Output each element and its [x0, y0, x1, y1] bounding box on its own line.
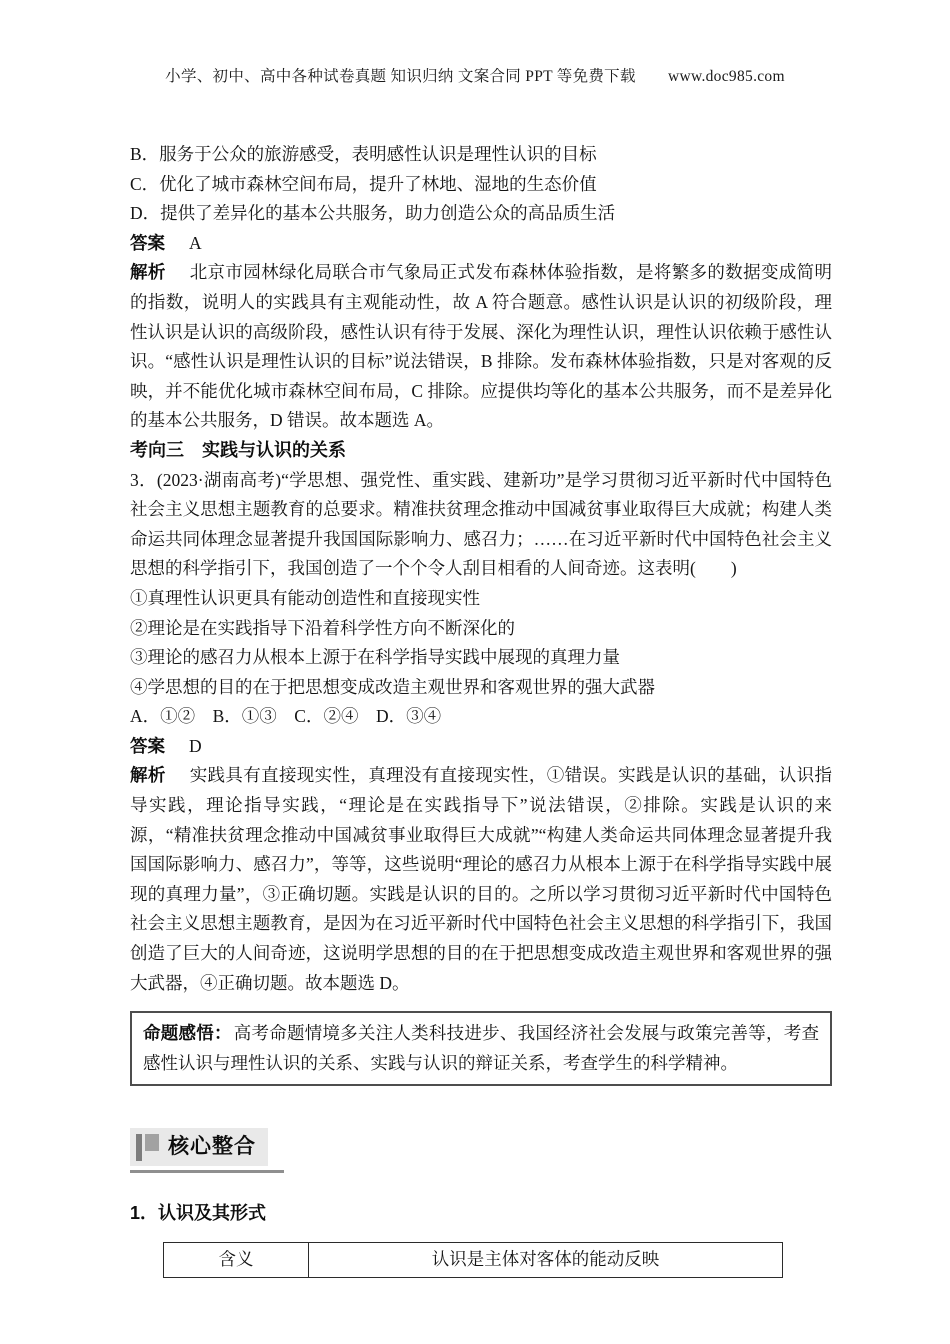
- core-subheading: 1．认识及其形式: [130, 1199, 832, 1229]
- q2-answer-line: 答案A: [130, 229, 832, 259]
- table-cell-value: 认识是主体对客体的能动反映: [309, 1242, 783, 1277]
- table-row: 含义 认识是主体对客体的能动反映: [164, 1242, 783, 1277]
- q3-answer-value: D: [189, 736, 202, 756]
- site-url-link[interactable]: www.doc985.com: [668, 68, 785, 85]
- q3-item-3: ③理论的感召力从根本上源于在科学指导实践中展现的真理力量: [130, 643, 832, 673]
- q2-option-d: D．提供了差异化的基本公共服务，助力创造公众的高品质生活: [130, 199, 832, 229]
- q2-analysis: 解析北京市园林绿化局联合市气象局正式发布森林体验指数，是将繁多的数据变成简明的指…: [130, 258, 832, 436]
- q3-analysis-label: 解析: [130, 765, 166, 785]
- q3-item-4: ④学思想的目的在于把思想变成改造主观世界和客观世界的强大武器: [130, 673, 832, 703]
- core-section-heading: 核心整合: [130, 1128, 284, 1173]
- exam-direction-heading: 考向三 实践与认识的关系: [130, 436, 832, 466]
- concept-table: 含义 认识是主体对客体的能动反映: [163, 1242, 783, 1278]
- q3-item-1: ①真理性认识更具有能动创造性和直接现实性: [130, 584, 832, 614]
- tip-box: 命题感悟：高考命题情境多关注人类科技进步、我国经济社会发展与政策完善等，考查感性…: [130, 1011, 832, 1086]
- core-heading-band: 核心整合: [130, 1128, 268, 1166]
- q3-stem: 3．(2023·湖南高考)“学思想、强党性、重实践、建新功”是学习贯彻习近平新时…: [130, 466, 832, 584]
- table-cell-key: 含义: [164, 1242, 309, 1277]
- site-header: 小学、初中、高中各种试卷真题 知识归纳 文案合同 PPT 等免费下载 www.d…: [0, 0, 950, 86]
- q2-option-b: B．服务于公众的旅游感受，表明感性认识是理性认识的目标: [130, 140, 832, 170]
- tip-text: 高考命题情境多关注人类科技进步、我国经济社会发展与政策完善等，考查感性认识与理性…: [143, 1023, 819, 1073]
- q3-answer-line: 答案D: [130, 732, 832, 762]
- tip-label: 命题感悟：: [143, 1023, 232, 1043]
- q3-analysis: 解析实践具有直接现实性，真理没有直接现实性，①错误。实践是认识的基础，认识指导实…: [130, 761, 832, 998]
- q2-analysis-label: 解析: [130, 262, 166, 282]
- bookmark-icon: [136, 1134, 159, 1161]
- q3-answer-label: 答案: [130, 736, 165, 756]
- q3-analysis-text: 实践具有直接现实性，真理没有直接现实性，①错误。实践是认识的基础，认识指导实践，…: [130, 765, 832, 992]
- core-heading-title: 核心整合: [168, 1132, 256, 1162]
- q2-answer-value: A: [189, 233, 202, 253]
- document-page: 小学、初中、高中各种试卷真题 知识归纳 文案合同 PPT 等免费下载 www.d…: [0, 0, 950, 1344]
- q2-answer-label: 答案: [130, 233, 165, 253]
- q3-choices: A．①② B．①③ C．②④ D．③④: [130, 702, 832, 732]
- document-body: B．服务于公众的旅游感受，表明感性认识是理性认识的目标 C．优化了城市森林空间布…: [130, 140, 832, 1278]
- header-promo-text: 小学、初中、高中各种试卷真题 知识归纳 文案合同 PPT 等免费下载: [165, 68, 636, 85]
- q3-item-2: ②理论是在实践指导下沿着科学性方向不断深化的: [130, 614, 832, 644]
- q2-analysis-text: 北京市园林绿化局联合市气象局正式发布森林体验指数，是将繁多的数据变成简明的指数，…: [130, 262, 832, 430]
- q2-option-c: C．优化了城市森林空间布局，提升了林地、湿地的生态价值: [130, 170, 832, 200]
